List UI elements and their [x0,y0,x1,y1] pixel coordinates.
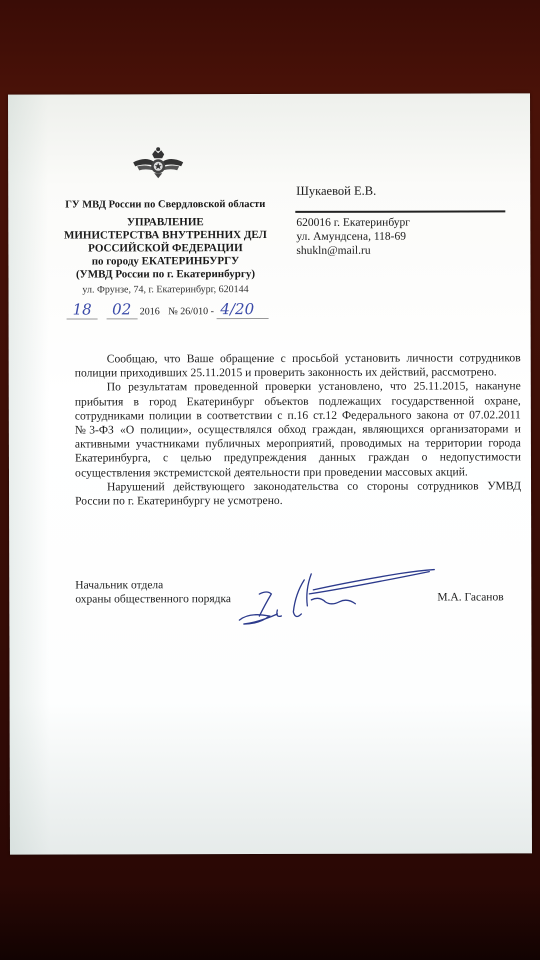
org-line: УПРАВЛЕНИЕ [50,216,280,230]
recipient-email: shukln@mail.ru [296,244,410,258]
org-line: (УМВД России по г. Екатеринбургу) [50,268,280,282]
signatory-title-line: охраны общественного порядка [75,592,231,606]
eagle-emblem-icon [131,144,185,184]
date-year: 2016 [140,306,160,317]
org-address: ул. Фрунзе, 74, г. Екатеринбург, 620144 [51,284,281,296]
handwritten-day: 18 [67,300,98,319]
recipient-divider [295,210,505,213]
recipient-line: 620016 г. Екатеринбург [296,216,410,230]
org-parent-name: ГУ МВД России по Свердловской области [50,199,280,211]
recipient-address: 620016 г. Екатеринбург ул. Амундсена, 11… [296,216,410,258]
letter-paper: ГУ МВД России по Свердловской области УП… [8,93,532,854]
body-paragraph: Сообщаю, что Ваше обращение с просьбой у… [75,351,521,381]
handwritten-month: 02 [106,300,137,319]
handwritten-signature-icon [229,564,444,635]
signatory-name: М.А. Гасанов [437,591,503,603]
org-name-block: УПРАВЛЕНИЕ МИНИСТЕРСТВА ВНУТРЕННИХ ДЕЛ Р… [50,216,280,282]
org-line: по городу ЕКАТЕРИНБУРГУ [50,255,280,269]
signatory-title: Начальник отдела охраны общественного по… [75,578,231,606]
signatory-title-line: Начальник отдела [75,578,231,592]
body-paragraph: По результатам проведенной проверки уста… [75,380,521,481]
recipient-name: Шукаевой Е.В. [296,184,376,199]
body-paragraph: Нарушений действующего законодательства … [75,479,521,509]
org-line: РОССИЙСКОЙ ФЕДЕРАЦИИ [50,242,280,256]
recipient-line: ул. Амундсена, 118-69 [296,230,410,244]
reg-prefix: № 26/010 - [168,306,214,317]
handwritten-reg-number: 4/20 [216,300,268,319]
org-line: МИНИСТЕРСТВА ВНУТРЕННИХ ДЕЛ [50,229,280,243]
date-registration-line: 18 02 2016 № 26/010 - 4/20 [67,300,297,321]
letter-body: Сообщаю, что Ваше обращение с просьбой у… [75,351,521,508]
